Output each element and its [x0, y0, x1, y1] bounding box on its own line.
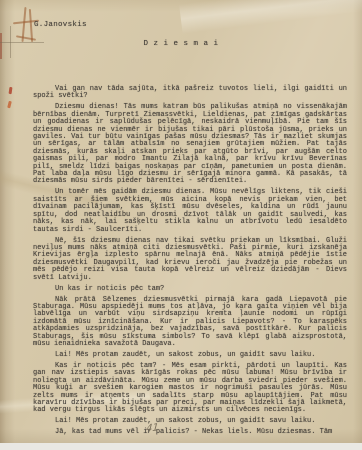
paragraph: Dziesmu dienas! Tās mums katram būs pali…: [33, 104, 347, 185]
handwritten-page-number: 41: [146, 422, 159, 434]
paragraph: Lai! Mēs protam zaudēt, un sakost zobus,…: [33, 418, 347, 425]
paragraph: Vai gan nav tāda sajūta, itkā pašreiz tu…: [33, 86, 347, 101]
paragraph: Jā, kas tad mums vēl ir palicis? - Nekas…: [33, 429, 347, 436]
paragraph: Un tomēr mēs gaidām dziesmu dienas. Mūsu…: [33, 189, 347, 233]
author-name: G.Janovskis: [34, 21, 87, 29]
page-title: D z i e s m a i: [0, 40, 362, 48]
document-body: Vai gan nav tāda sajūta, itkā pašreiz tu…: [33, 86, 347, 440]
paragraph: Lai! Mēs protam zaudēt, un sakost zobus,…: [33, 352, 347, 359]
paragraph: Kas ir noticis pēc tam? - Mēs esam pirkt…: [33, 363, 347, 415]
paragraph: Nē, šīs dziesmu dienas nav tikai svētku …: [33, 238, 347, 282]
paper-crease: [179, 0, 362, 34]
red-margin-tick: [7, 101, 11, 108]
paragraph: Nāk prātā Sēlzemes dziesmusvētki pirmajā…: [33, 297, 347, 349]
red-margin-tick: [9, 87, 12, 94]
scanned-document-page: G.Janovskis D z i e s m a i Vai gan nav …: [0, 0, 362, 450]
paper-sheet: G.Janovskis D z i e s m a i Vai gan nav …: [0, 0, 362, 443]
paragraph: Un kas ir noticis pēc tam?: [33, 286, 347, 293]
